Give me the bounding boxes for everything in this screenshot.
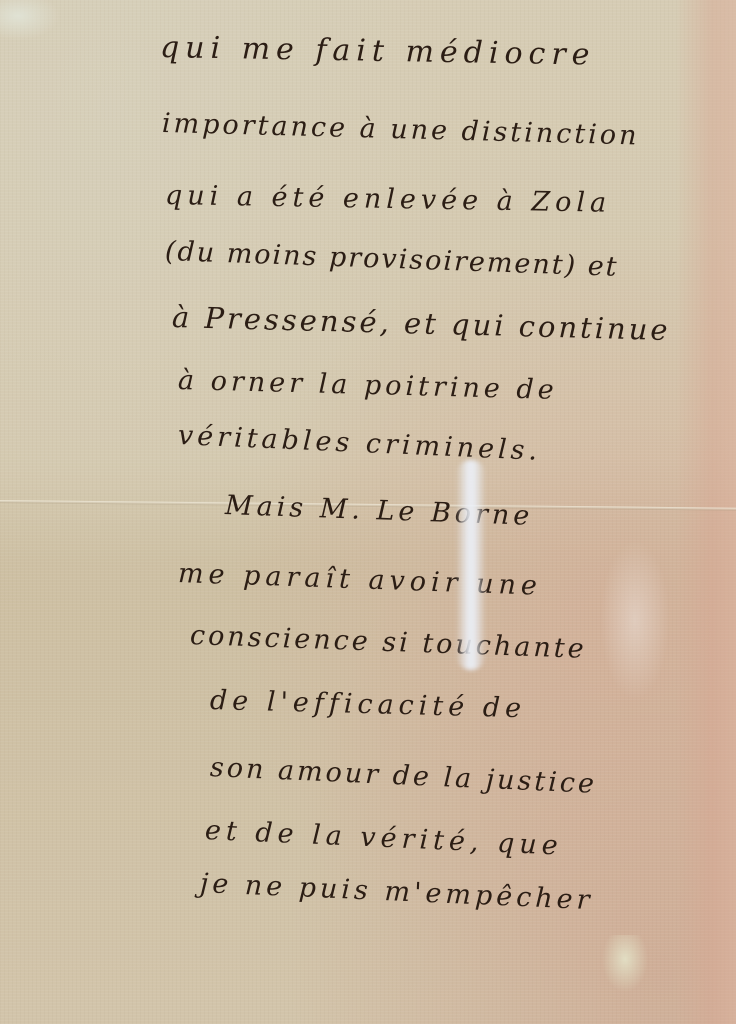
handwritten-line: qui a été enlevée à Zola [165, 180, 612, 219]
handwritten-line: à Pressensé, et qui continue [172, 300, 671, 347]
handwritten-line: me paraît avoir une [177, 558, 542, 602]
handwritten-line: (du moins provisoirement) et [164, 236, 619, 283]
handwritten-line: je ne puis m'empêcher [199, 868, 594, 916]
handwritten-line: véritables criminels. [177, 420, 541, 467]
tape-residue-bottom-right [600, 935, 650, 995]
tape-residue-top-left [0, 0, 60, 40]
handwritten-line: qui me fait médiocre [160, 30, 596, 73]
handwritten-line: importance à une distinction [162, 108, 640, 151]
handwritten-line: Mais M. Le Borne [224, 490, 533, 532]
letter-page: qui me fait médiocre importance à une di… [0, 0, 736, 1024]
light-glare-soft [600, 540, 670, 700]
handwritten-line: et de la vérité, que [204, 815, 563, 862]
handwritten-line: conscience si touchante [189, 620, 587, 665]
handwritten-line: de l'efficacité de [210, 685, 527, 724]
handwritten-line: à orner la poitrine de [178, 365, 558, 406]
paper-discoloration [676, 0, 736, 1024]
light-glare [456, 460, 486, 670]
handwritten-line: son amour de la justice [209, 752, 597, 800]
